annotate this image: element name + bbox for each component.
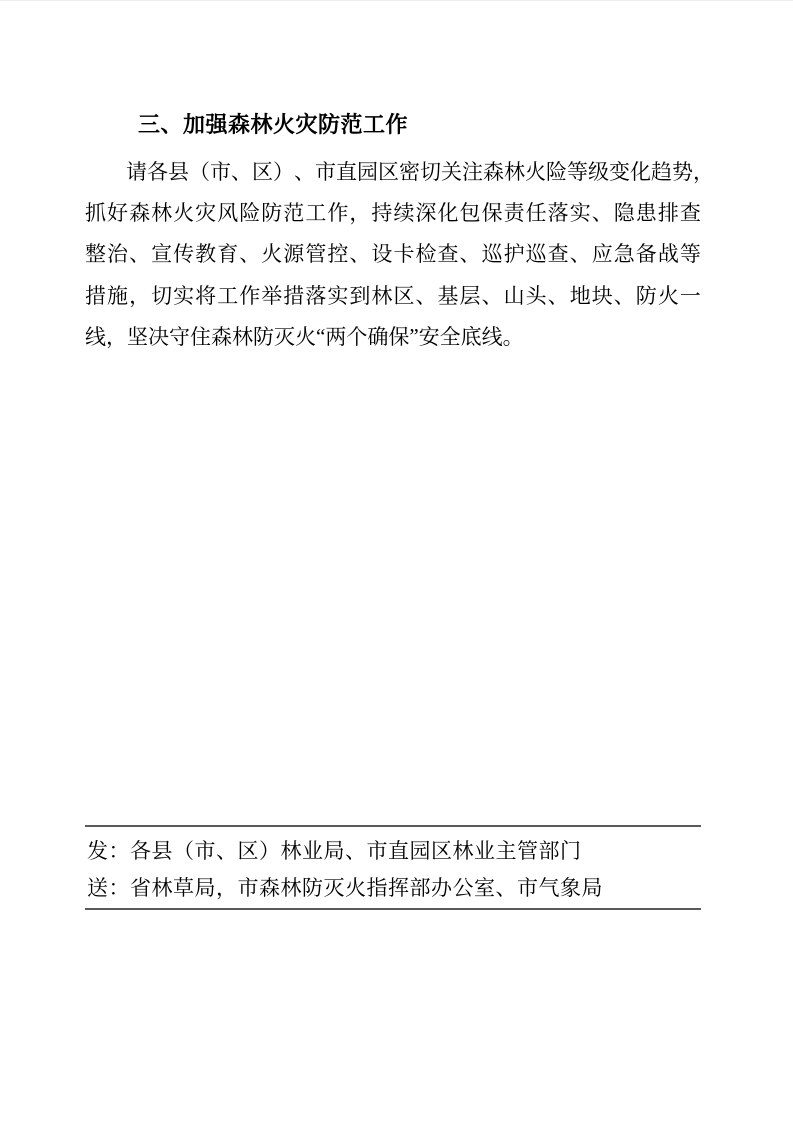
paragraph-line: 抓好森林火灾风险防范工作，持续深化包保责任落实、隐患排查 [85,191,701,232]
body-paragraph: 请各县（市、区）、市直园区密切关注森林火险等级变化趋势， 抓好森林火灾风险防范工… [85,150,701,357]
section-heading: 三、加强森林火灾防范工作 [85,110,701,140]
delivery-line: 送：省林草局，市森林防灭火指挥部办公室、市气象局 [87,870,701,907]
paragraph-line: 整治、宣传教育、火源管控、设卡检查、巡护巡查、应急备战等 [85,233,701,274]
distribution-block: 发：各县（市、区）林业局、市直园区林业主管部门 送：省林草局，市森林防灭火指挥部… [85,825,701,910]
paragraph-line: 线，坚决守住森林防灭火“两个确保”安全底线。 [85,316,701,357]
paragraph-line: 请各县（市、区）、市直园区密切关注森林火险等级变化趋势， [85,150,701,191]
distribution-line: 发：各县（市、区）林业局、市直园区林业主管部门 [87,833,701,870]
document-page: 三、加强森林火灾防范工作 请各县（市、区）、市直园区密切关注森林火险等级变化趋势… [0,0,793,1122]
paragraph-line: 措施，切实将工作举措落实到林区、基层、山头、地块、防火一 [85,274,701,315]
